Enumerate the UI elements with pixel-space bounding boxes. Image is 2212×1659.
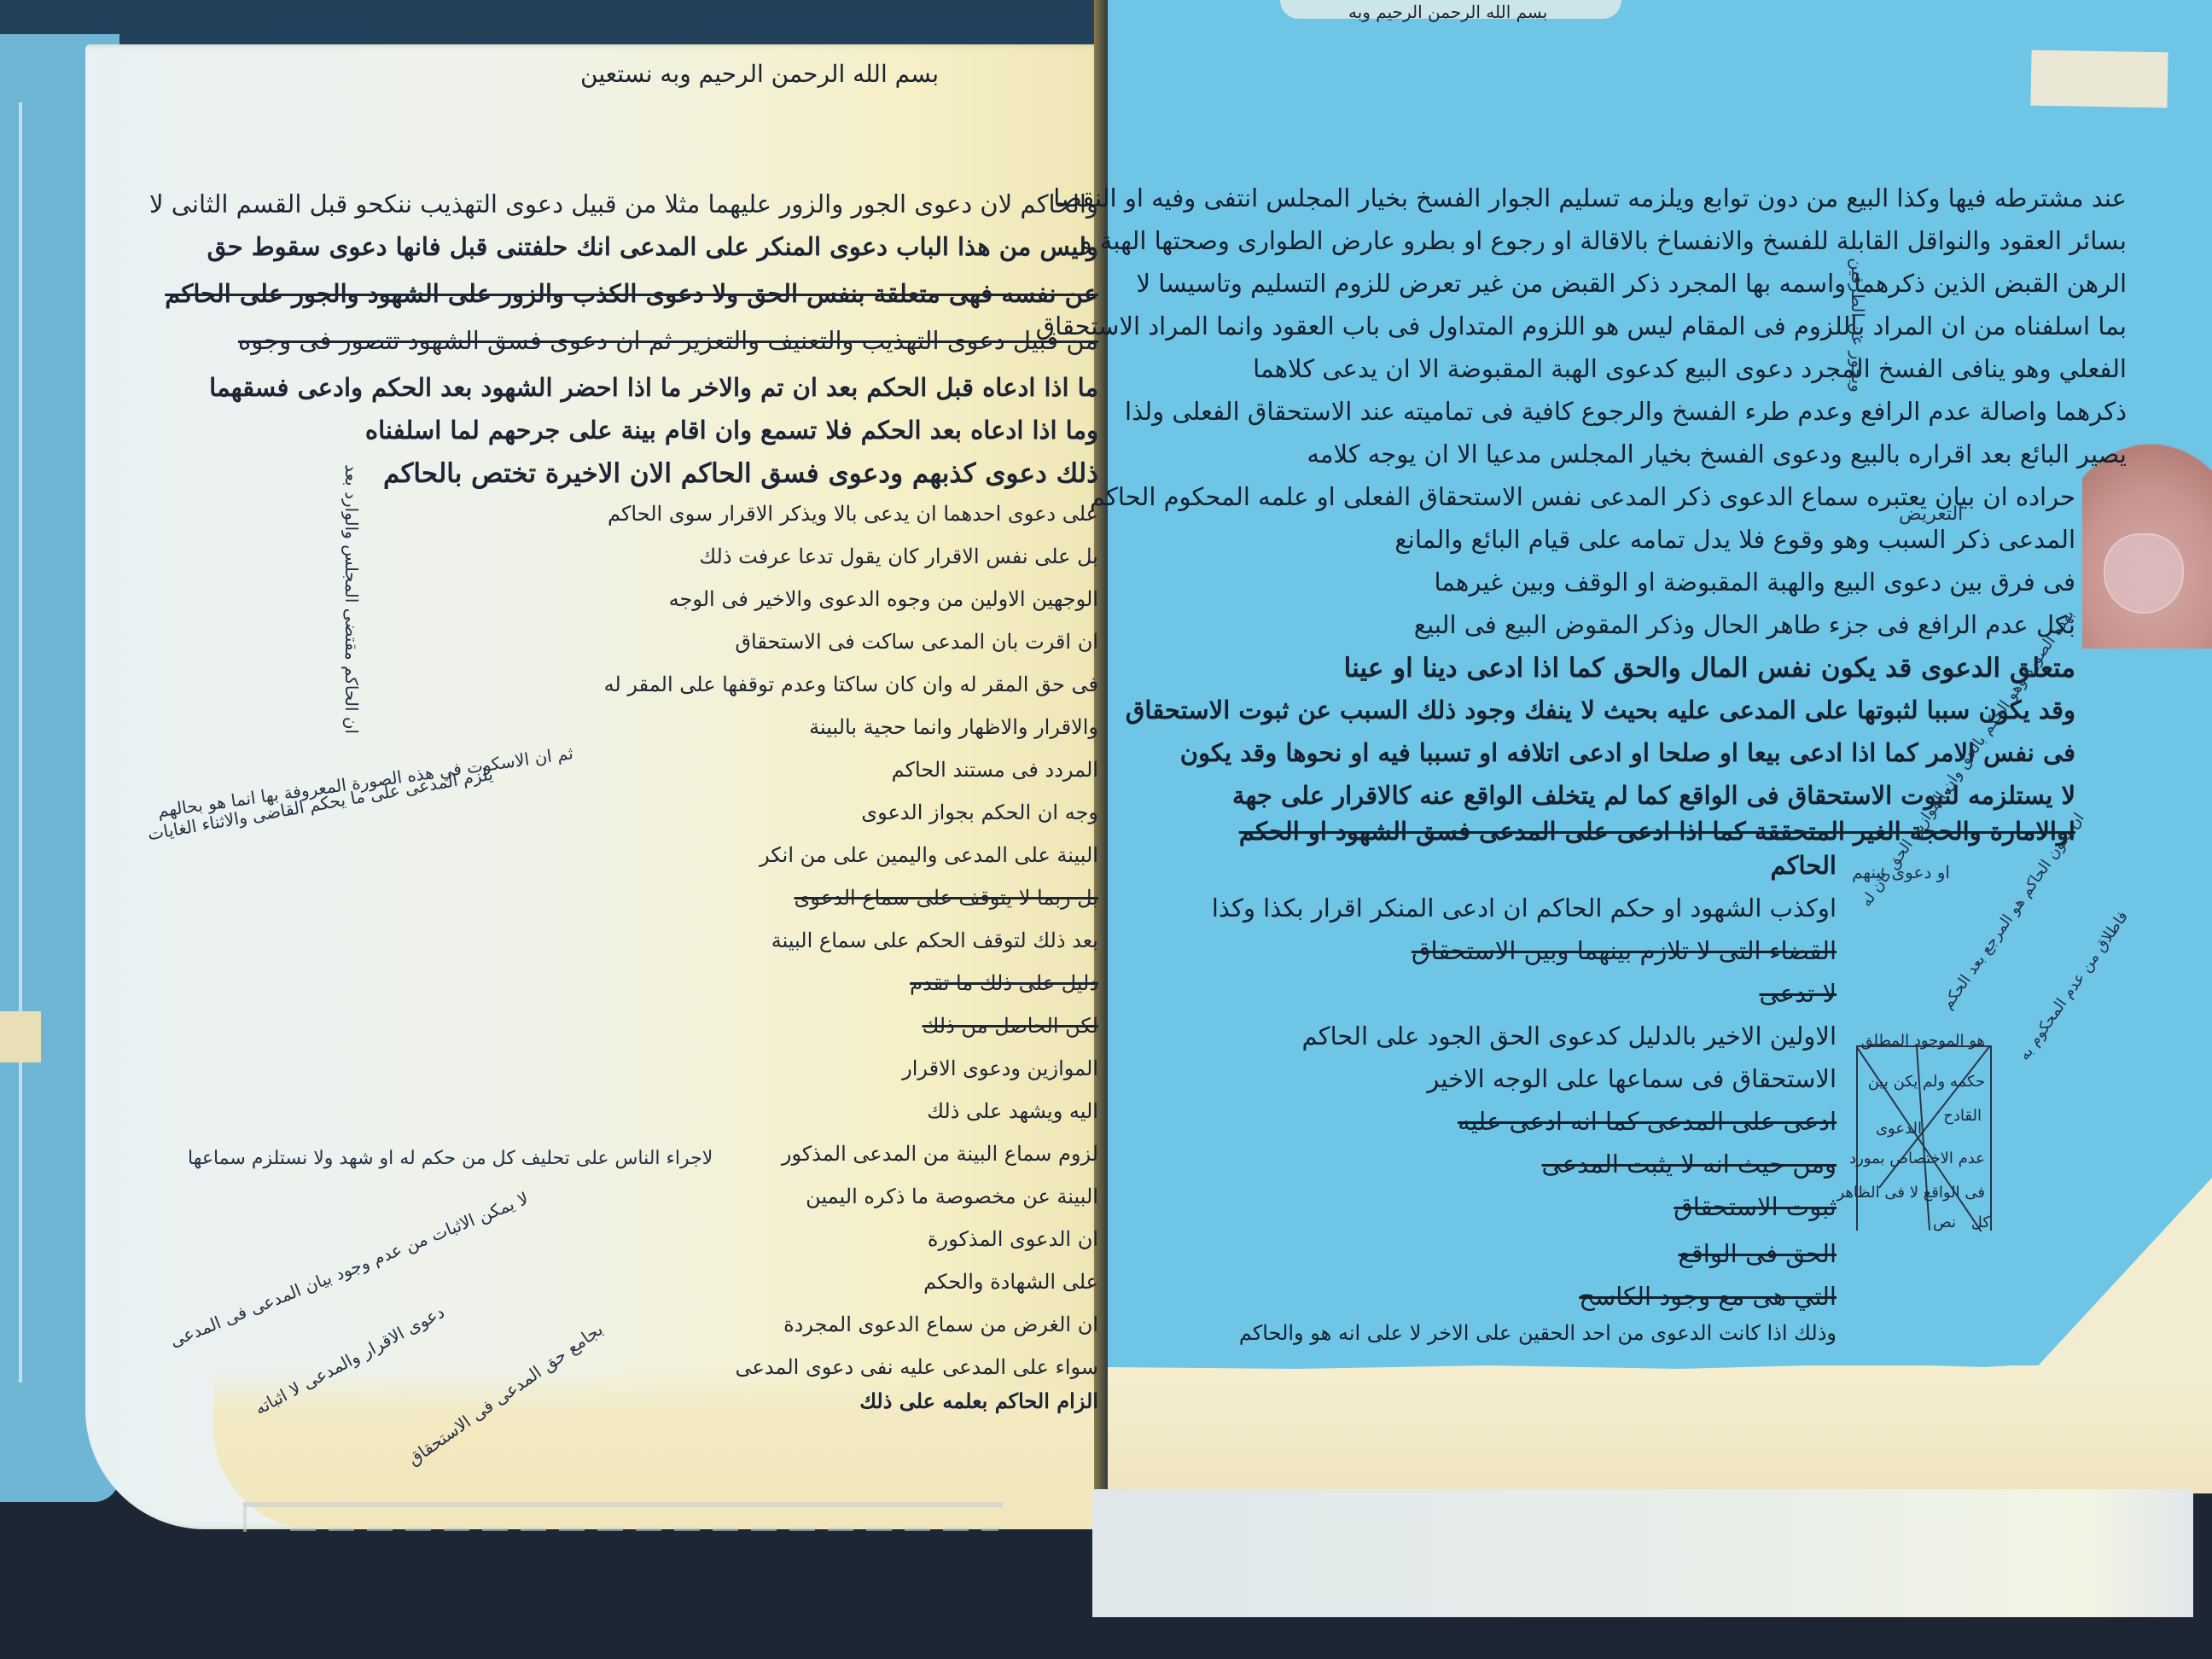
table-marking-dashed xyxy=(290,1528,998,1531)
text-line: والاقرار والاظهار وانما حجية بالبينة xyxy=(809,717,1098,737)
text-line: البينة على المدعى واليمين على من انكر xyxy=(760,845,1098,865)
text-line: على الشهادة والحكم xyxy=(923,1272,1098,1292)
marginal-note: لاجراء الناس على تحليف كل من حكم له او ش… xyxy=(188,1148,713,1169)
text-line: الحاكم xyxy=(1770,853,1837,878)
left-page-heading: بسم الله الرحمن الرحيم وبه نستعين xyxy=(580,60,939,88)
text-line-struck: ادعى على المدعى كما انه ادعى عليه xyxy=(1458,1109,1837,1134)
text-line: الاولين الاخير بالدليل كدعوى الحق الجود … xyxy=(1301,1024,1837,1049)
text-line: الاستحقاق فى سماعها على الوجه الاخير xyxy=(1427,1067,1837,1091)
text-line: ان الدعوى المذكورة xyxy=(928,1229,1098,1249)
text-line-struck: لا تدعى xyxy=(1759,981,1837,1006)
text-line: على دعوى احدهما ان يدعى بالا ويذكر الاقر… xyxy=(608,504,1098,524)
text-line: اليه ويشهد على ذلك xyxy=(927,1101,1098,1121)
text-line: والحاكم لان دعوى الجور والزور عليهما مثل… xyxy=(149,192,1098,217)
text-line-struck: بل ربما لا يتوقف على سماع الدعوى xyxy=(795,888,1098,908)
paper-patch xyxy=(2030,50,2168,108)
marginal-note-vertical: ان الحاكم مقتضى المجلس والوارد بعد xyxy=(341,94,362,734)
text-line: بسائر العقود والنواقل القابلة للفسخ والا… xyxy=(1080,229,2127,253)
text-line: فى حق المقر له وان كان ساكتا وعدم توقفها… xyxy=(604,674,1098,695)
text-line: بل على نفس الاقرار كان يقول تدعا عرفت ذل… xyxy=(699,546,1098,567)
diagram-label: القادح xyxy=(1943,1107,1982,1125)
text-line: الوجهين الاولين من وجوه الدعوى والاخير ف… xyxy=(669,589,1098,609)
text-line-struck: التي هى مع وجود الكاسح xyxy=(1579,1284,1837,1309)
marginal-note: التعريض xyxy=(1899,504,1963,525)
right-page-heading: بسم الله الرحمن الرحيم وبه xyxy=(1348,2,1547,22)
diagram-label: فى الواقع لا فى الظاهر xyxy=(1837,1184,1986,1202)
text-line: الزام الحاكم بعلمه على ذلك xyxy=(859,1391,1098,1412)
white-support-card xyxy=(1092,1489,2193,1617)
text-line-struck: القضاء التى لا تلازم بينهما وبين الاستحق… xyxy=(1412,939,1837,963)
text-line-struck: اوالامارة والحجة الغير المتحققة كما اذا … xyxy=(1239,819,2075,844)
text-line: فى نفس الامر كما اذا ادعى بيعا او صلحا ا… xyxy=(1180,741,2075,765)
text-line: الرهن القبض الذين ذكرهما واسمه بها المجر… xyxy=(1137,271,2127,296)
text-line: وما اذا ادعاه بعد الحكم فلا تسمع وان اقا… xyxy=(365,418,1098,443)
diagram-label: كل xyxy=(1971,1214,1990,1231)
text-line: المدعى ذكر السبب وهو وقوع فلا يدل تمامه … xyxy=(1394,527,2075,552)
text-line: ان اقرت بان المدعى ساكت فى الاستحقاق xyxy=(735,632,1098,652)
text-line-struck: عن نفسه فهى متعلقة بنفس الحق ولا دعوى ال… xyxy=(165,282,1098,306)
text-line: الموازين ودعوى الاقرار xyxy=(902,1058,1098,1079)
diagram-label: هو الموجود المطلق xyxy=(1861,1032,1986,1050)
text-line: فى فرق بين دعوى البيع والهبة المقبوضة او… xyxy=(1434,570,2075,595)
diagram-label: نص xyxy=(1933,1214,1956,1231)
right-page-bottom-margin xyxy=(1106,1365,2212,1493)
table-marking-line xyxy=(243,1502,1003,1507)
text-line: ذكرهما واصالة عدم الرافع وعدم طرء الفسخ … xyxy=(1125,399,2127,424)
text-line: وقد يكون سببا لثبوتها على المدعى عليه بح… xyxy=(1126,698,2075,723)
text-line: متعلق الدعوى قد يكون نفس المال والحق كما… xyxy=(1344,655,2075,682)
text-line-struck: الحق فى الواقع xyxy=(1679,1242,1837,1266)
text-line: لزوم سماع البينة من المدعى المذكور xyxy=(782,1144,1098,1164)
marginal-note-vertical: ويجوز عن الطرفين xyxy=(1848,282,1868,393)
text-line: بكل عدم الرافع فى جزء طاهر الحال وذكر ال… xyxy=(1414,613,2075,637)
background-top xyxy=(0,0,1109,51)
text-line: وذلك اذا كانت الدعوى من احد الحقين على ا… xyxy=(1239,1323,1837,1343)
text-line: الفعلي وهو ينافى الفسخ المجرد دعوى البيع… xyxy=(1253,357,2127,381)
text-line: عند مشترطه فيها وكذا البيع من دون توابع … xyxy=(1053,186,2127,211)
text-line-struck: من قبيل دعوى التهذيب والتعنيف والتعزير ث… xyxy=(238,329,1098,353)
thumbnail xyxy=(2104,533,2184,614)
text-line: ذلك دعوى كذبهم ودعوى فسق الحاكم الان الا… xyxy=(383,461,1098,487)
diagram-box: هو الموجود المطلق حكمه ولم يكن بين القاد… xyxy=(1856,1045,1992,1231)
text-line-struck: ثبوت الاستحقاق xyxy=(1674,1195,1837,1220)
text-line-struck: دليل على ذلك ما تقدم xyxy=(910,973,1098,993)
diagram-label: عدم الاختصاص بمورد xyxy=(1849,1150,1985,1167)
text-line: بعد ذلك لتوقف الحكم على سماع البينة xyxy=(771,930,1098,951)
text-line: اوكذب الشهود او حكم الحاكم ان ادعى المنك… xyxy=(1212,896,1837,921)
diagram-label: الدعوى xyxy=(1876,1120,1922,1138)
text-line: البينة عن مخصوصة ما ذكره اليمين xyxy=(806,1186,1098,1207)
text-line: بما اسلفناه من ان المراد باللزوم فى المق… xyxy=(1036,314,2127,339)
diagram-label: حكمه ولم يكن بين xyxy=(1868,1073,1985,1091)
text-line-struck: ومن حيث انه لا يثبت المدعى xyxy=(1542,1152,1837,1177)
text-line: سواء على المدعى عليه نفى دعوى المدعى xyxy=(736,1357,1098,1377)
text-line: يصير البائع بعد اقراره بالبيع ودعوى الفس… xyxy=(1307,442,2127,467)
text-line: وجه ان الحكم بجواز الدعوى xyxy=(861,802,1098,823)
text-line: ان الغرض من سماع الدعوى المجردة xyxy=(783,1314,1098,1335)
text-line-struck: لكن الحاصل من ذلك xyxy=(923,1016,1098,1036)
cover-paper-strip xyxy=(0,1011,41,1062)
cover-crease xyxy=(19,102,22,1382)
text-line: المردد فى مستند الحاكم xyxy=(892,760,1098,780)
